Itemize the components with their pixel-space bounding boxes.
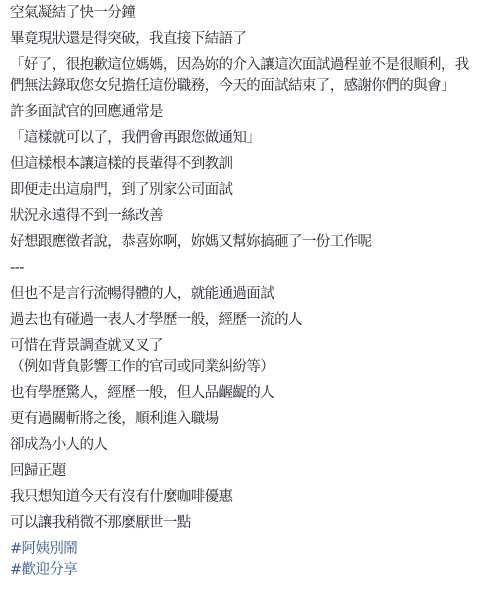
hashtag-link[interactable]: #歡迎分享 (10, 560, 495, 581)
paragraph: （例如背負影響工作的官司或同業糾紛等） (10, 357, 480, 378)
paragraph: 「好了，很抱歉這位媽媽，因為妳的介入讓這次面試過程並不是很順利，我們無法錄取您女… (10, 55, 480, 97)
paragraph: 更有過關斬將之後，順利進入職場 (10, 409, 480, 430)
separator-text: --- (10, 258, 480, 279)
paragraph: 空氣凝結了快一分鐘 (10, 3, 480, 24)
paragraph: 許多面試官的回應通常是 (10, 102, 480, 123)
hashtag-link[interactable]: #阿姨別鬧 (10, 539, 495, 560)
hashtag-list: #阿姨別鬧 #歡迎分享 (10, 539, 495, 581)
paragraph: 即便走出這扇門，到了別家公司面試 (10, 180, 480, 201)
paragraph: 但也不是言行流暢得體的人，就能通過面試 (10, 284, 480, 305)
paragraph: 畢竟現狀還是得突破，我直接下結語了 (10, 29, 480, 50)
paragraph: 過去也有碰過一表人才學歷一般，經歷一流的人 (10, 310, 480, 331)
paragraph: 狀況永遠得不到一絲改善 (10, 206, 480, 227)
paragraph: 可以讓我稍微不那麼厭世一點 (10, 513, 480, 534)
paragraph: 好想跟應徵者說，恭喜妳啊，妳媽又幫妳搞砸了一份工作呢 (10, 232, 480, 253)
post-body: 空氣凝結了快一分鐘 畢竟現狀還是得突破，我直接下結語了 「好了，很抱歉這位媽媽，… (0, 0, 495, 581)
paragraph: 可惜在背景調查就叉叉了 (10, 336, 480, 357)
paragraph: 我只想知道今天有沒有什麼咖啡優惠 (10, 487, 480, 508)
paragraph: 也有學歷驚人，經歷一般，但人品齷齪的人 (10, 383, 480, 404)
paragraph: 但這樣根本讓這樣的長輩得不到教訓 (10, 154, 480, 175)
paragraph: 回歸正題 (10, 461, 480, 482)
paragraph: 卻成為小人的人 (10, 435, 480, 456)
paragraph: 「這樣就可以了，我們會再跟您做通知」 (10, 128, 480, 149)
